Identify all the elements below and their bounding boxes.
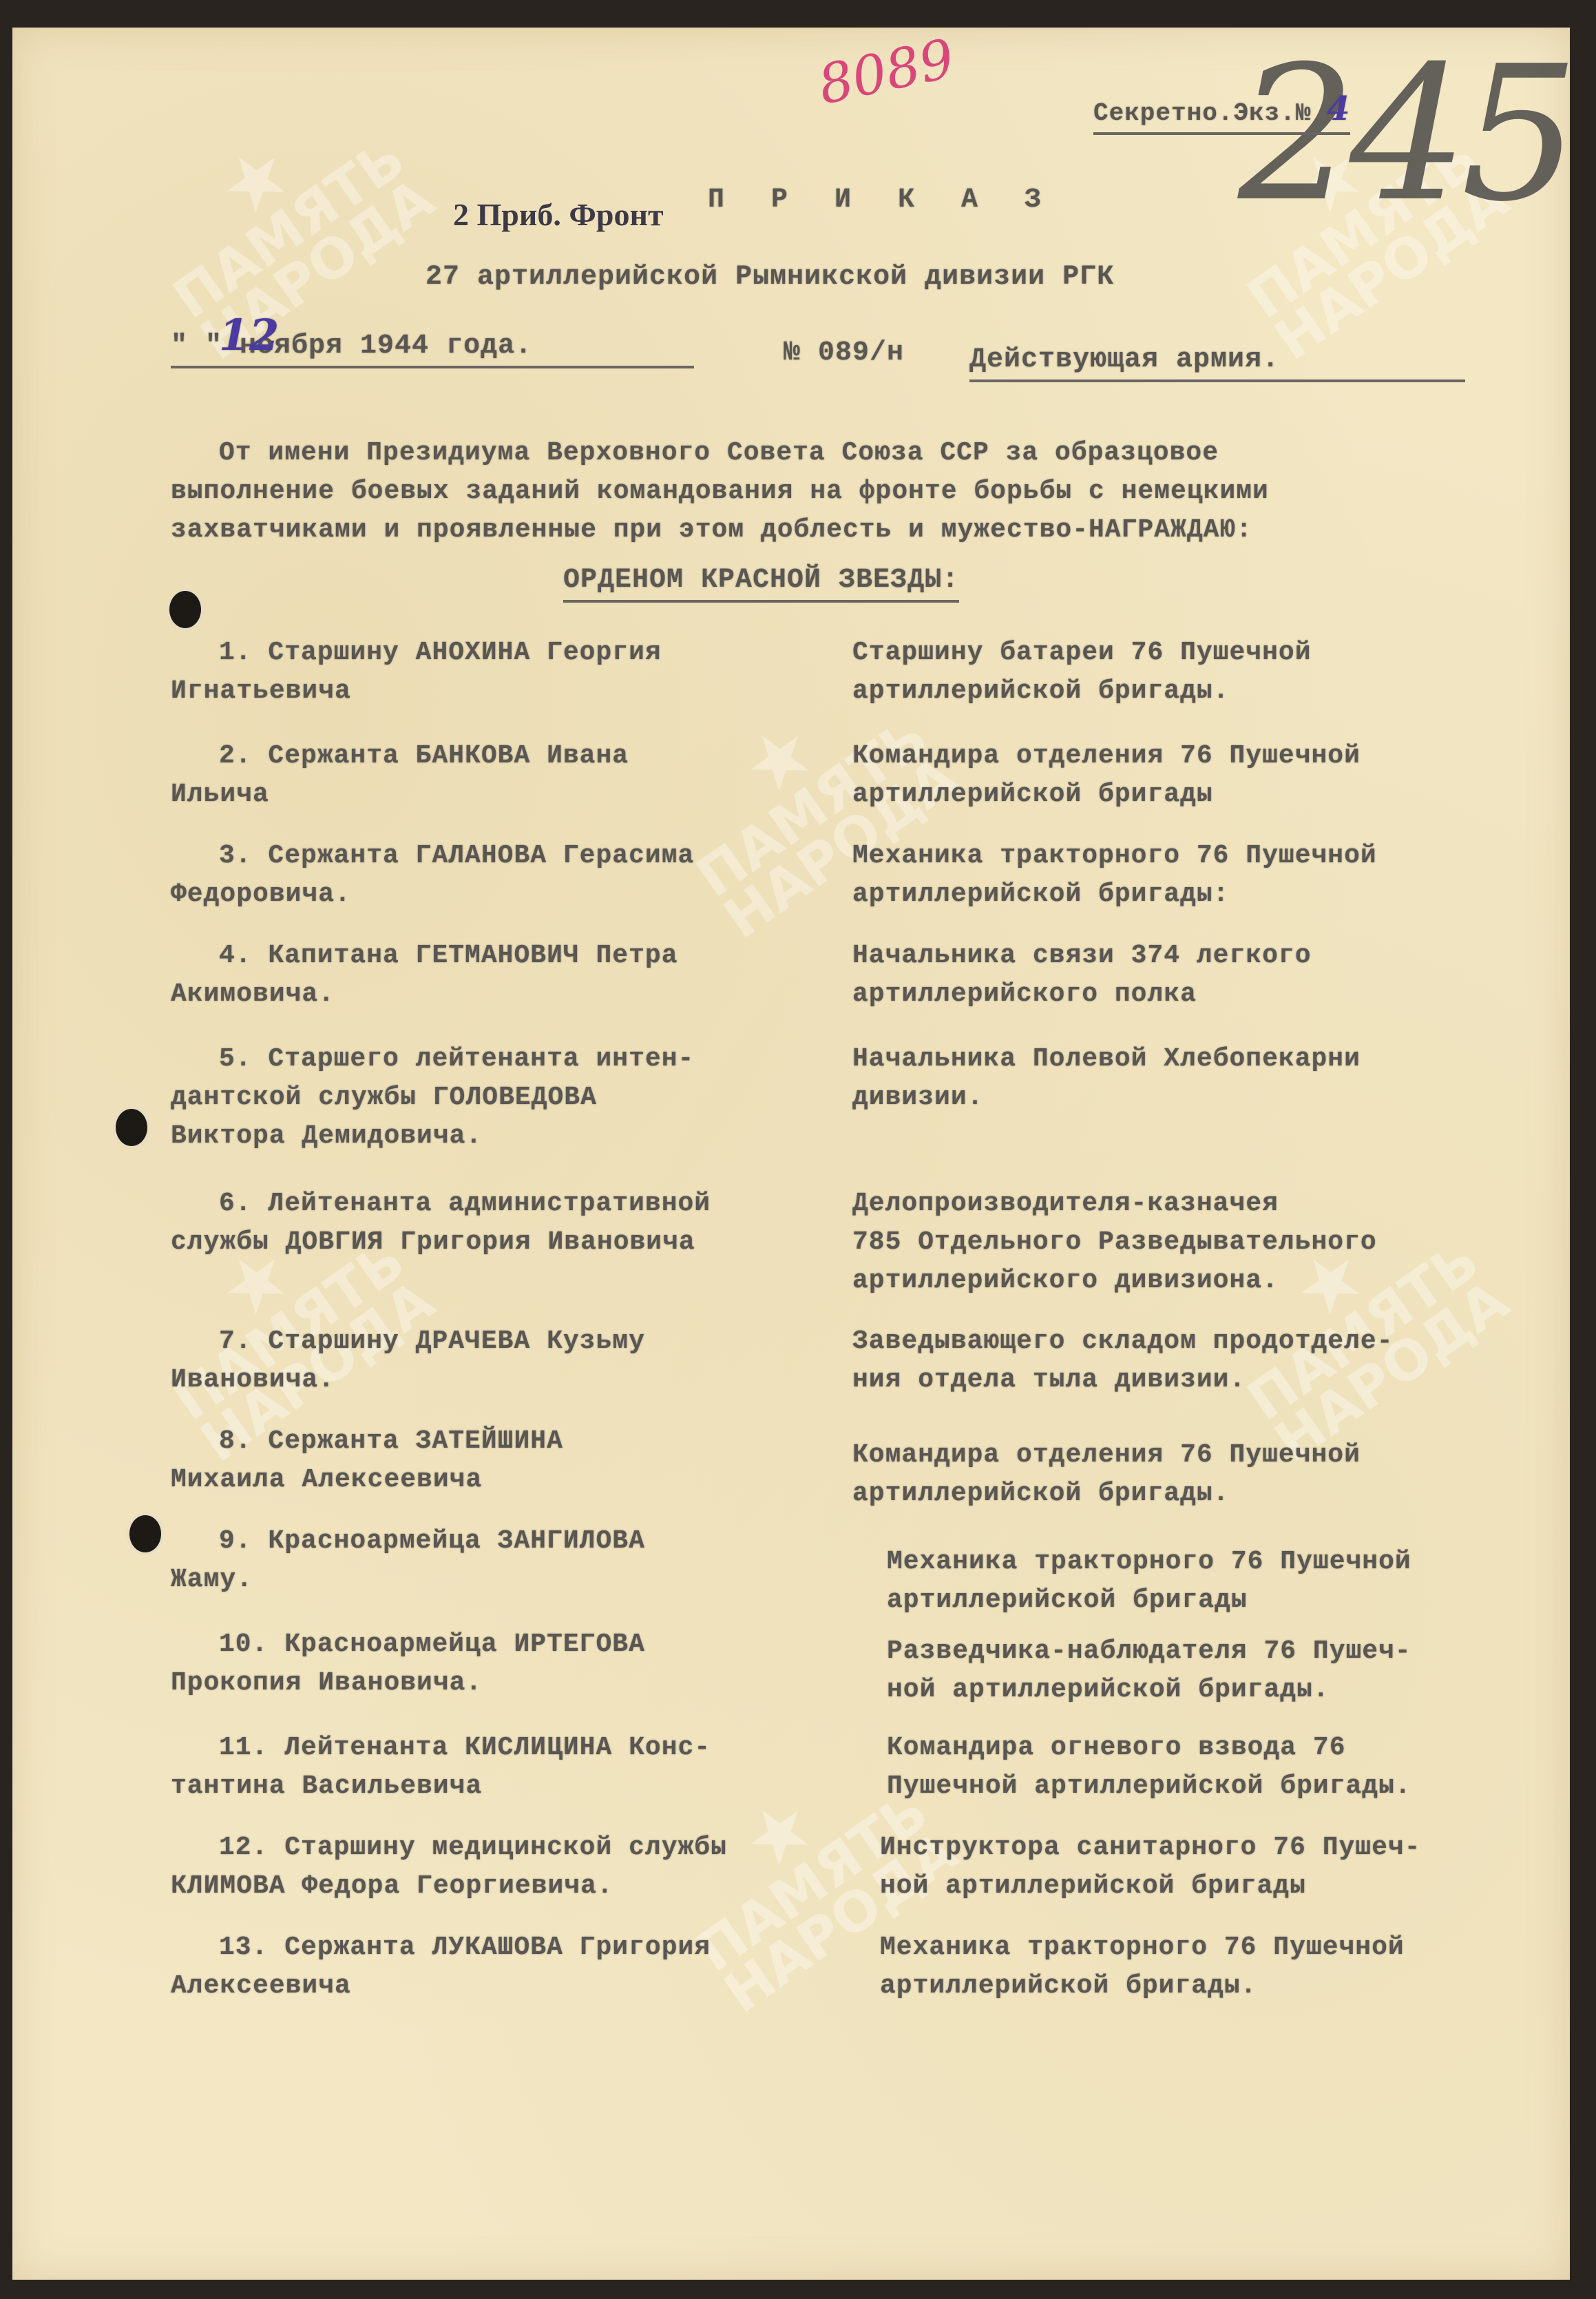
copy-number: 4 (1327, 90, 1350, 128)
document-title: П Р И К А З (708, 185, 1056, 216)
watermark: ★ ПАМЯТЬ НАРОДА (126, 76, 441, 367)
recipient-position: Делопроизводителя-казначея (852, 1185, 1568, 1223)
preamble-line: выполнение боевых заданий командования н… (171, 472, 1269, 511)
recipient-position: ной артиллерийской бригады. (887, 1671, 1596, 1709)
recipient-position: артиллерийской бригады: (852, 875, 1568, 914)
recipient-position: Старшину батареи 76 Пушечной (852, 634, 1568, 672)
punch-hole (129, 1515, 161, 1552)
punch-hole (169, 591, 201, 628)
recipient-position: артиллерийской бригады. (880, 1967, 1596, 2006)
recipient-name: дантской службы ГОЛОВЕДОВА (171, 1079, 846, 1117)
archive-number: 8089 (813, 28, 960, 116)
recipient-position: ной артиллерийской бригады (880, 1867, 1596, 1906)
recipient-name: службы ДОВГИЯ Григория Ивановича (171, 1223, 846, 1262)
order-number: № 089/н (784, 337, 904, 368)
recipient-name: Виктора Демидовича. (171, 1117, 846, 1156)
recipient-position: дивизии. (852, 1079, 1568, 1117)
star-icon: ★ (126, 76, 384, 286)
recipient-name: 1. Старшину АНОХИНА Георгия (171, 634, 846, 672)
recipient-name: Прокопия Ивановича. (171, 1664, 846, 1703)
recipient-name: 7. Старшину ДРАЧЕВА Кузьму (171, 1322, 846, 1361)
recipient-position: артиллерийской бригады (852, 776, 1568, 814)
document-page: ★ ПАМЯТЬ НАРОДА ★ ПАМЯТЬ НАРОДА ★ ПАМЯТЬ… (12, 28, 1570, 2280)
recipient-position: Механика тракторного 76 Пушечной (880, 1928, 1596, 1967)
recipient-name: тантина Васильевича (171, 1767, 846, 1806)
recipient-position: Начальника Полевой Хлебопекарни (852, 1040, 1568, 1079)
preamble-line: захватчиками и проявленные при этом добл… (171, 511, 1269, 550)
recipient-name: 6. Лейтенанта административной (171, 1185, 846, 1223)
recipient-position: артиллерийской бригады (887, 1581, 1596, 1620)
recipient-position: ния отдела тыла дивизии. (852, 1361, 1568, 1400)
recipient-name: Игнатьевича (171, 672, 846, 711)
recipient-name: 4. Капитана ГЕТМАНОВИЧ Петра (171, 937, 846, 975)
order-date: 12 " " ноября 1944 года. (171, 331, 694, 368)
issuing-unit: 27 артиллерийской Рымникской дивизии РГК (426, 262, 1114, 293)
recipient-name: Ивановича. (171, 1361, 846, 1400)
preamble-line: От имени Президиума Верховного Совета Со… (171, 434, 1269, 472)
award-heading: ОРДЕНОМ КРАСНОЙ ЗВЕЗДЫ: (563, 565, 959, 603)
classification-text: Секретно.Экз.№ (1093, 99, 1311, 127)
recipient-position: Механика тракторного 76 Пушечной (887, 1543, 1596, 1581)
recipient-position: Командира отделения 76 Пушечной (852, 1436, 1568, 1475)
classification-mark: Секретно.Экз.№ 4 (1093, 90, 1350, 135)
recipient-name: Акимовича. (171, 975, 846, 1014)
recipient-position: Разведчика-наблюдателя 76 Пушеч- (887, 1632, 1596, 1671)
recipient-name: Федоровича. (171, 875, 846, 914)
recipient-name: 10. Красноармейца ИРТЕГОВА (171, 1625, 846, 1664)
recipient-position: артиллерийской бригады. (852, 1475, 1568, 1513)
punch-hole (116, 1109, 147, 1146)
recipient-name: КЛИМОВА Федора Георгиевича. (171, 1867, 846, 1906)
recipient-name: Михаила Алексеевича (171, 1461, 846, 1499)
front-stamp: 2 Приб. Фронт (453, 196, 664, 233)
recipient-name: 5. Старшего лейтенанта интен- (171, 1040, 846, 1079)
recipient-name: 12. Старшину медицинской службы (171, 1829, 846, 1867)
recipient-position: Механика тракторного 76 Пушечной (852, 837, 1568, 875)
recipient-name: 9. Красноармейца ЗАНГИЛОВА (171, 1522, 846, 1561)
preamble: От имени Президиума Верховного Совета Со… (171, 434, 1269, 550)
watermark-line1: ПАМЯТЬ (162, 126, 416, 331)
recipient-position: артиллерийского дивизиона. (852, 1262, 1568, 1300)
recipient-position: артиллерийского полка (852, 975, 1568, 1014)
recipient-position: 785 Отдельного Разведывательного (852, 1223, 1568, 1262)
recipient-name: Жаму. (171, 1561, 846, 1599)
recipient-position: Заведывающего складом продотделе- (852, 1322, 1568, 1361)
recipient-position: Пушечной артиллерийской бригады. (887, 1767, 1596, 1806)
order-location: Действующая армия. (969, 344, 1465, 382)
recipient-name: Ильича (171, 776, 846, 814)
recipient-name: 8. Сержанта ЗАТЕЙШИНА (171, 1422, 846, 1461)
recipient-position: Начальника связи 374 легкого (852, 937, 1568, 975)
recipient-position: Командира отделения 76 Пушечной (852, 737, 1568, 776)
recipient-name: Алексеевича (171, 1967, 846, 2006)
recipient-name: 11. Лейтенанта КИСЛИЦИНА Конс- (171, 1729, 846, 1767)
recipient-position: Инструктора санитарного 76 Пушеч- (880, 1829, 1596, 1867)
recipient-name: 2. Сержанта БАНКОВА Ивана (171, 737, 846, 776)
handwritten-day: 12 (219, 310, 280, 360)
recipient-position: Командира огневого взвода 76 (887, 1729, 1596, 1767)
recipient-position: артиллерийской бригады. (852, 672, 1568, 711)
recipient-name: 13. Сержанта ЛУКАШОВА Григория (171, 1928, 846, 1967)
recipient-name: 3. Сержанта ГАЛАНОВА Герасима (171, 837, 846, 875)
